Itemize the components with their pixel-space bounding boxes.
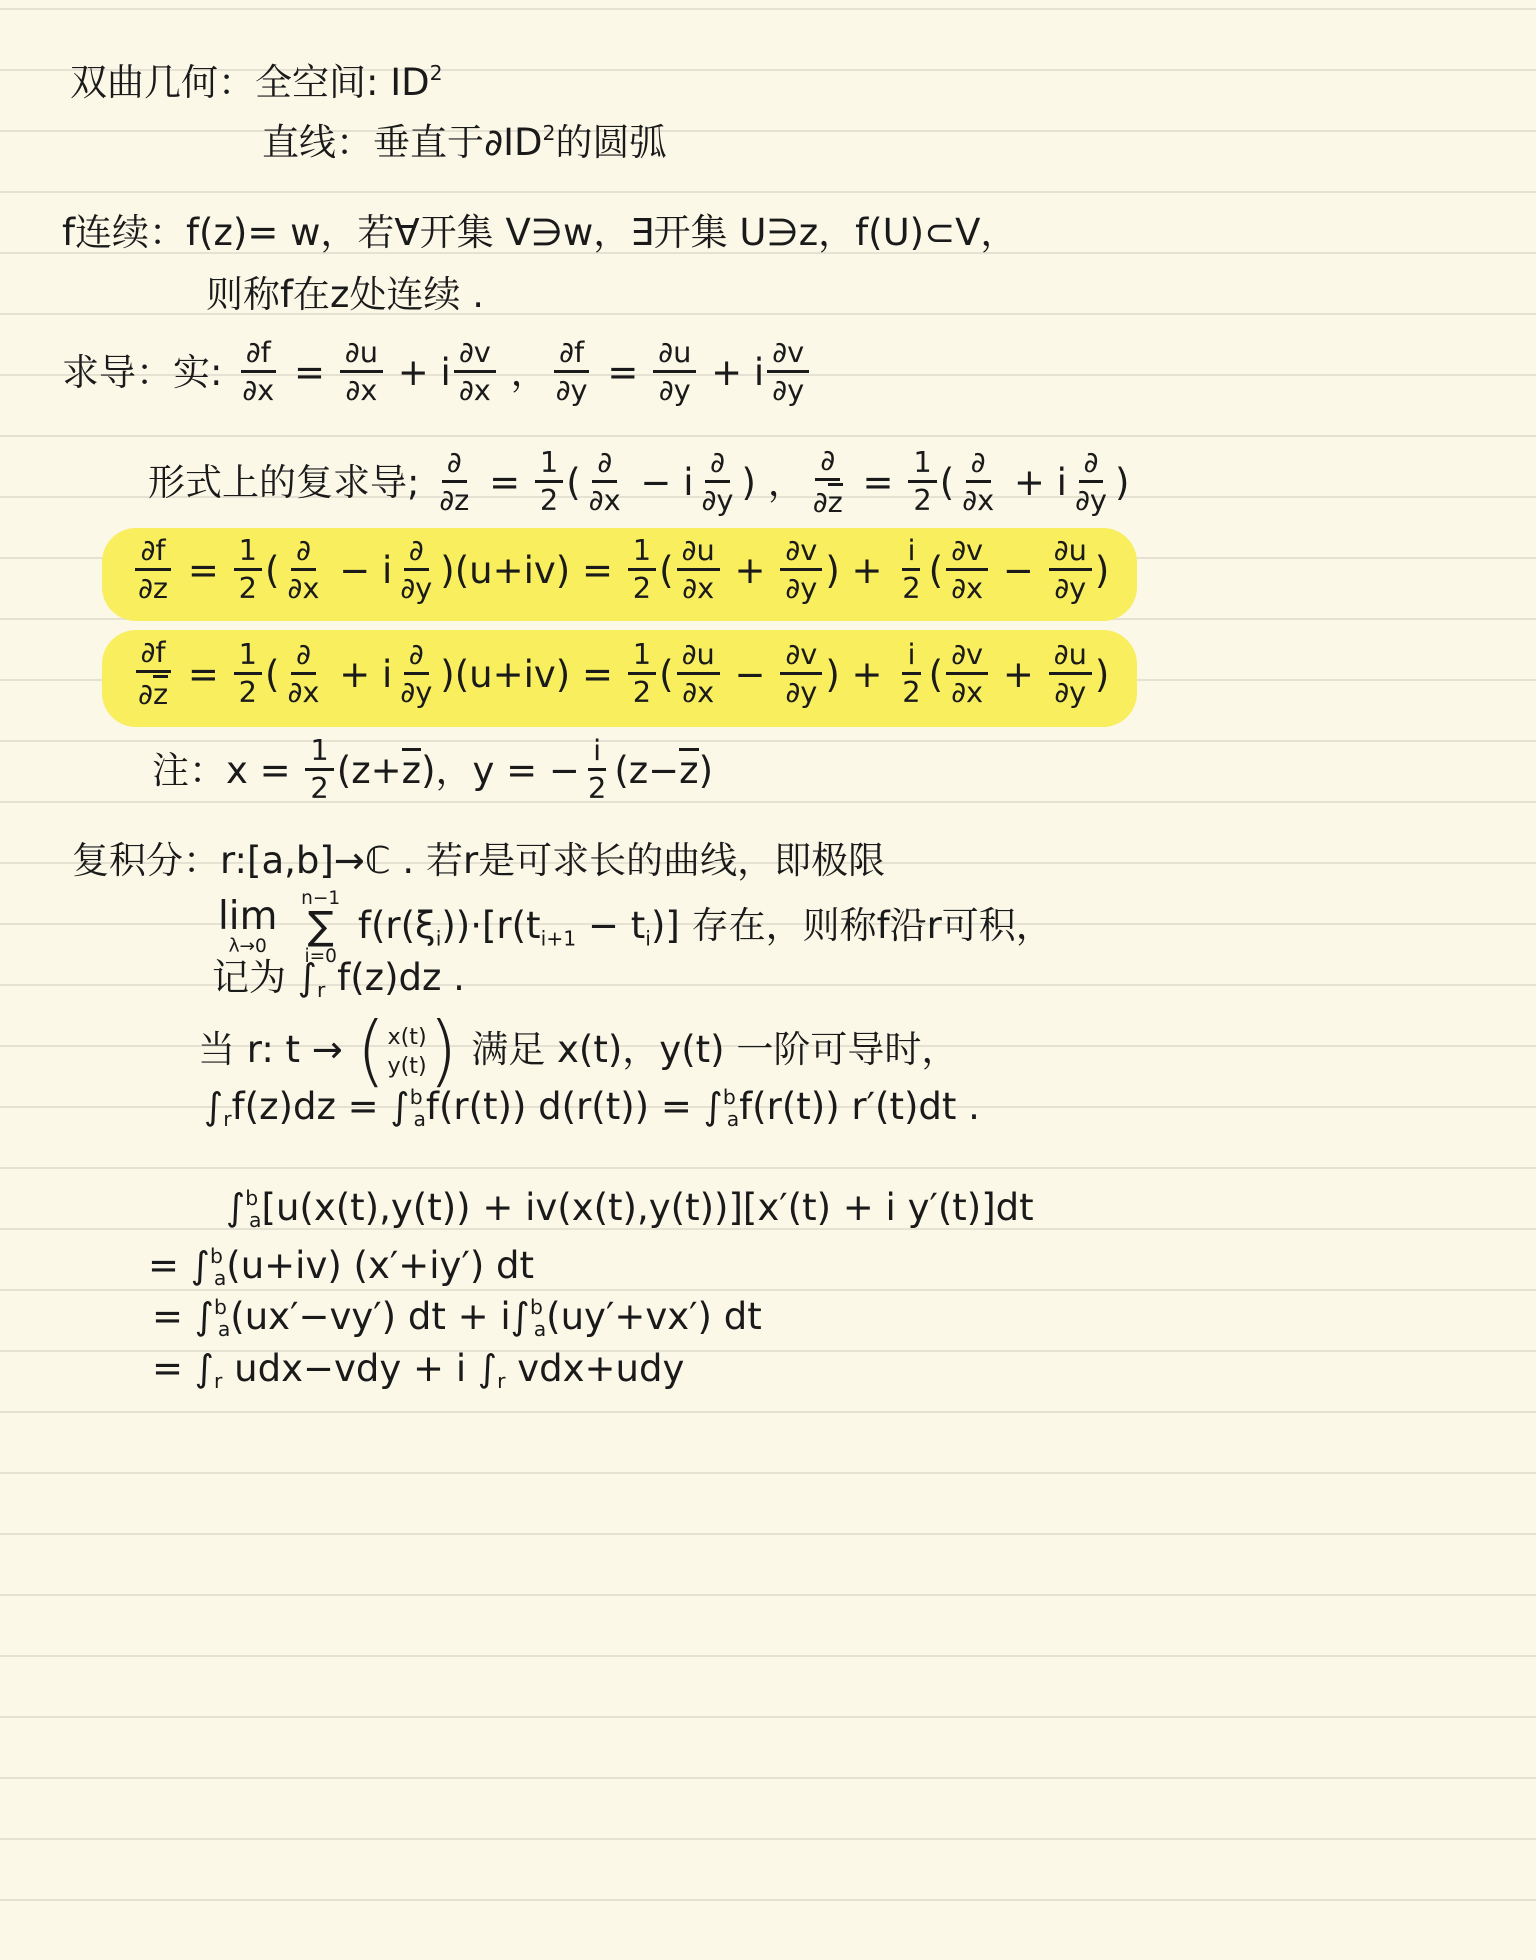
note-line-hyperbolic-geometry: 双曲几何：全空间: ID2 bbox=[70, 60, 443, 106]
note-line-geodesics: 直线：垂直于∂ID2的圆弧 bbox=[262, 120, 667, 166]
note-line-real-partial-derivatives: 求导：实: ∂f∂x = ∂u∂x + i∂v∂x ，∂f∂y = ∂u∂y +… bbox=[62, 340, 812, 409]
note-line-continuity-def-2: 则称f在z处连续 . bbox=[206, 272, 484, 318]
note-line-xy-remark: 注：x = 12(z+z)，y = −i2(z−z) bbox=[152, 738, 713, 807]
note-line-expansion-4: = ∫r udx−vdy + i ∫r vdx+udy bbox=[152, 1346, 684, 1392]
note-line-expansion-2: = ∫ba(u+iv) (x′+iy′) dt bbox=[148, 1243, 534, 1289]
note-line-expansion-1: ∫ba[u(x(t),y(t)) + iv(x(t),y(t))][x′(t) … bbox=[226, 1185, 1034, 1231]
note-line-complex-integral-1: 复积分：r:[a,b]→ℂ . 若r是可求长的曲线，即极限 bbox=[72, 838, 885, 884]
note-line-parametrization-1: 当 r: t → (x(t)y(t)) 满足 x(t)，y(t) 一阶可导时， bbox=[198, 1022, 958, 1081]
note-line-continuity-def-1: f连续：f(z)= w，若∀开集 V∋w，∃开集 U∋z，f(U)⊂V， bbox=[62, 210, 1017, 256]
note-line-complex-integral-3: 记为 ∫r f(z)dz . bbox=[212, 955, 465, 1001]
note-line-wirtinger-dzbar-highlighted: ∂f∂z = 12(∂∂x + i∂∂y)(u+iv) = 12(∂u∂x − … bbox=[102, 630, 1137, 727]
note-line-formal-complex-derivative: 形式上的复求导; ∂∂z = 12(∂∂x − i∂∂y) ，∂∂z = 12(… bbox=[148, 448, 1129, 521]
note-line-parametrization-2: ∫rf(z)dz = ∫baf(r(t)) d(r(t)) = ∫baf(r(t… bbox=[204, 1084, 980, 1130]
handwritten-note-page: 双曲几何：全空间: ID2 直线：垂直于∂ID2的圆弧 f连续：f(z)= w，… bbox=[0, 0, 1536, 1960]
note-line-expansion-3: = ∫ba(ux′−vy′) dt + i∫ba(uy′+vx′) dt bbox=[152, 1294, 762, 1340]
note-line-wirtinger-dz-highlighted: ∂f∂z = 12(∂∂x − i∂∂y)(u+iv) = 12(∂u∂x + … bbox=[102, 528, 1137, 621]
